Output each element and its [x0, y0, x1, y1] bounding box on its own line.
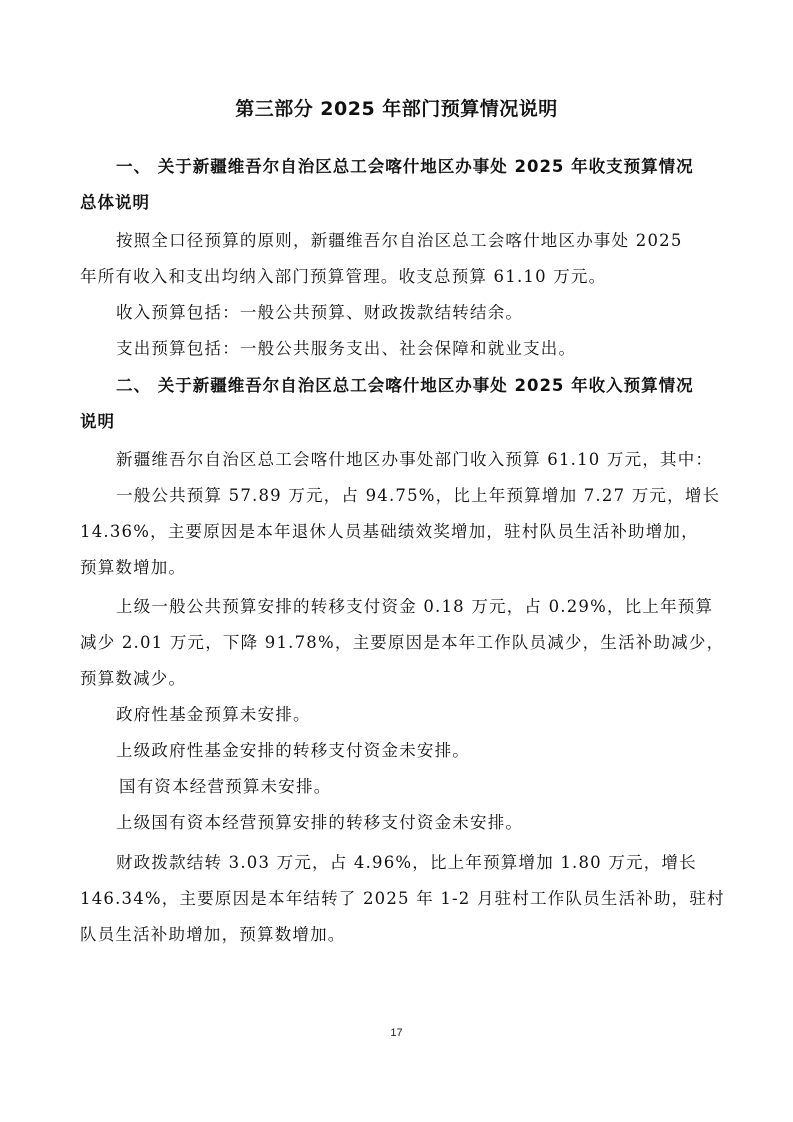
page-number: 17	[0, 1027, 793, 1039]
paragraph-cont: 年所有收入和支出均纳入部门预算管理。收支总预算 61.10 万元。	[80, 266, 606, 288]
paragraph: 上级政府性基金安排的转移支付资金未安排。	[116, 740, 470, 762]
paragraph-cont: 146.34%，主要原因是本年结转了 2025 年 1-2 月驻村工作队员生活补…	[80, 888, 725, 910]
paragraph: 收入预算包括：一般公共预算、财政拨款结转结余。	[116, 302, 523, 324]
paragraph-cont: 14.36%，主要原因是本年退休人员基础绩效奖增加，驻村队员生活补助增加，	[80, 521, 699, 543]
section2-heading-cont: 说明	[80, 411, 115, 433]
section1-heading-cont: 总体说明	[80, 192, 150, 214]
section1-heading: 一、 关于新疆维吾尔自治区总工会喀什地区办事处 2025 年收支预算情况	[116, 156, 694, 178]
paragraph: 国有资本经营预算未安排。	[119, 776, 331, 798]
paragraph: 上级一般公共预算安排的转移支付资金 0.18 万元，占 0.29%，比上年预算	[116, 596, 713, 618]
paragraph: 政府性基金预算未安排。	[116, 704, 311, 726]
paragraph-cont: 减少 2.01 万元，下降 91.78%，主要原因是本年工作队员减少，生活补助减…	[80, 632, 724, 654]
paragraph: 新疆维吾尔自治区总工会喀什地区办事处部门收入预算 61.10 万元，其中：	[116, 449, 713, 471]
paragraph: 财政拨款结转 3.03 万元，占 4.96%，比上年预算增加 1.80 万元，增…	[116, 852, 697, 874]
paragraph: 支出预算包括：一般公共服务支出、社会保障和就业支出。	[116, 338, 576, 360]
page-title: 第三部分 2025 年部门预算情况说明	[0, 94, 793, 121]
paragraph-cont: 预算数减少。	[80, 668, 186, 690]
paragraph-cont: 队员生活补助增加，预算数增加。	[80, 924, 346, 946]
paragraph-cont: 预算数增加。	[80, 557, 186, 579]
paragraph: 按照全口径预算的原则，新疆维吾尔自治区总工会喀什地区办事处 2025	[116, 230, 683, 252]
paragraph: 上级国有资本经营预算安排的转移支付资金未安排。	[116, 812, 523, 834]
paragraph: 一般公共预算 57.89 万元，占 94.75%，比上年预算增加 7.27 万元…	[116, 485, 720, 507]
document-page: 第三部分 2025 年部门预算情况说明 一、 关于新疆维吾尔自治区总工会喀什地区…	[0, 0, 793, 1122]
section2-heading: 二、 关于新疆维吾尔自治区总工会喀什地区办事处 2025 年收入预算情况	[116, 375, 694, 397]
